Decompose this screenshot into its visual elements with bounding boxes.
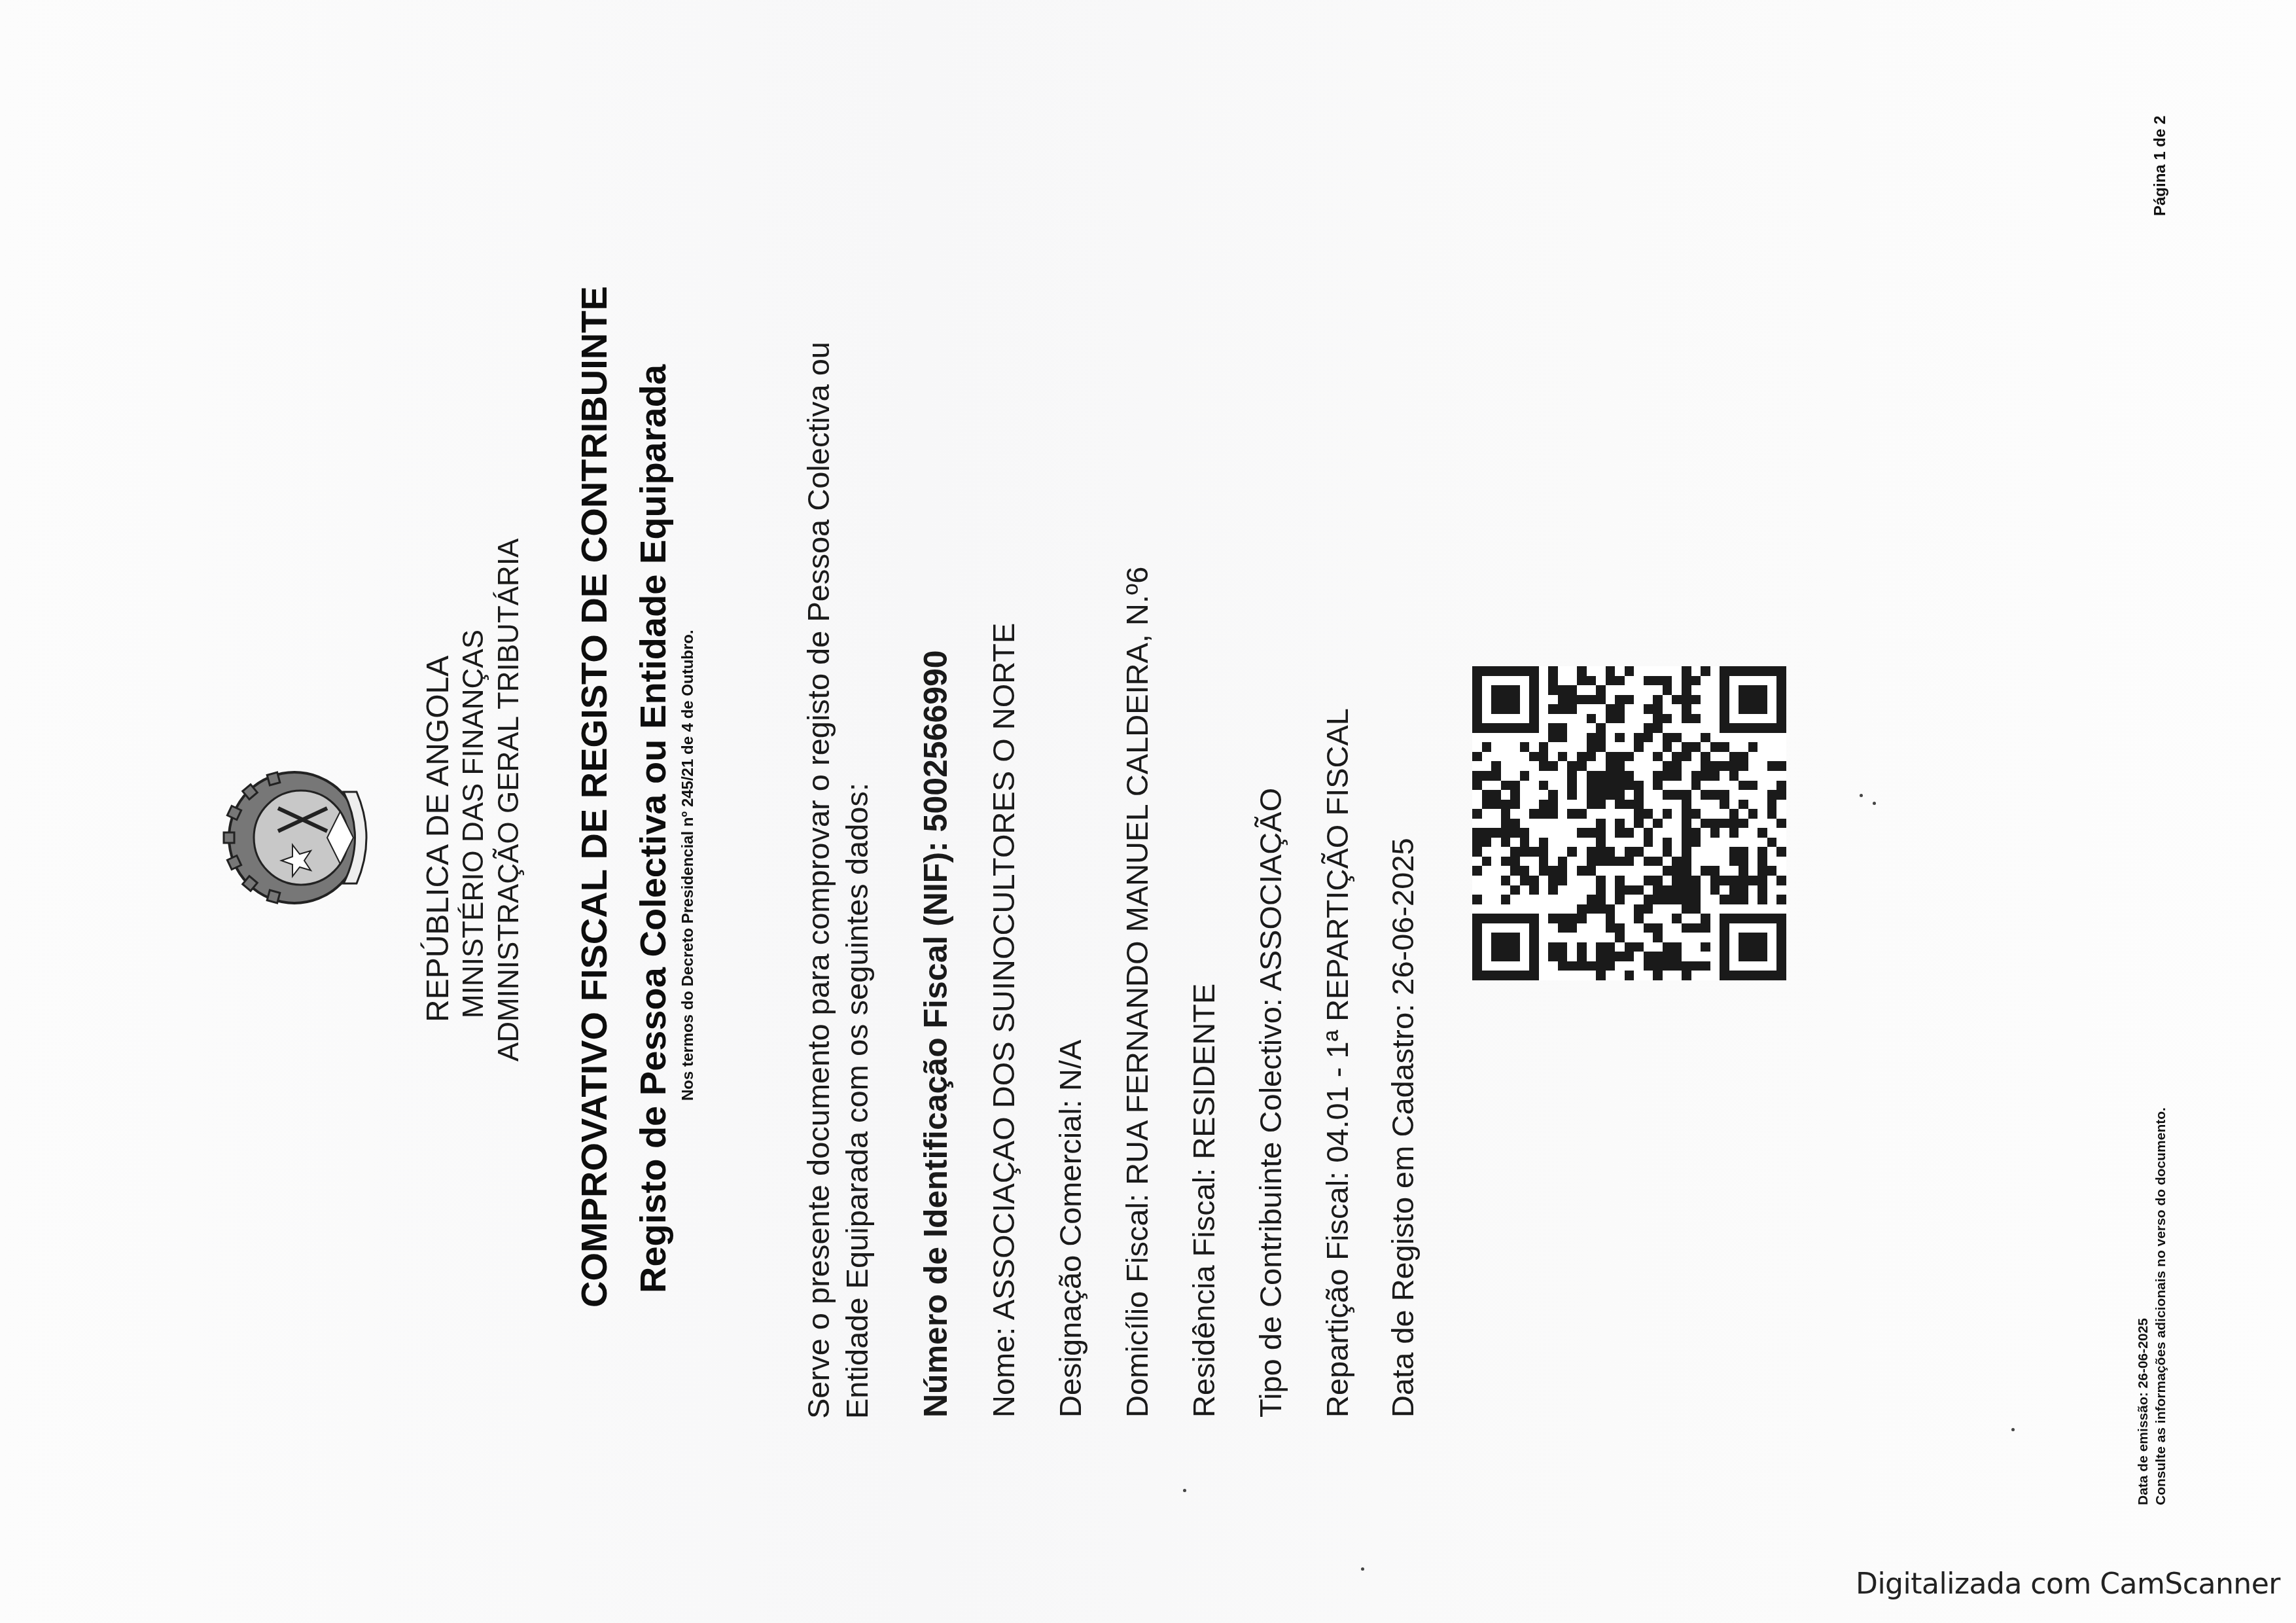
country-name: REPÚBLICA DE ANGOLA (423, 656, 454, 1022)
tax-residence-field: Residência Fiscal: RESIDENTE (1188, 984, 1219, 1418)
nif-field: Número de Identificação Fiscal (NIF): 50… (919, 650, 952, 1418)
agency-name: ADMINISTRAÇÃO GERAL TRIBUTÁRIA (495, 539, 523, 1061)
footer-note: Consulte as informações adicionais no ve… (2152, 1107, 2170, 1505)
tax-office-field: Repartição Fiscal: 04.01 - 1ª REPARTIÇÃO… (1322, 708, 1352, 1418)
trade-name-field: Designação Comercial: N/A (1055, 1040, 1086, 1418)
scan-speck (1361, 1567, 1364, 1571)
document-page: REPÚBLICA DE ANGOLA MINISTÉRIO DAS FINAN… (0, 0, 2296, 1623)
document-title: COMPROVATIVO FISCAL DE REGISTO DE CONTRI… (576, 286, 612, 1308)
intro-line-2: Entidade Equiparada com os seguintes dad… (838, 342, 877, 1419)
ministry-name: MINISTÉRIO DAS FINANÇAS (459, 630, 488, 1018)
document-subtitle: Registo de Pessoa Colectiva ou Entidade … (635, 365, 671, 1293)
scanner-watermark: Digitalizada com CamScanner (1856, 1567, 2280, 1601)
page-number: Página 1 de 2 (2153, 116, 2168, 216)
intro-line-1: Serve o presente documento para comprova… (800, 342, 838, 1419)
emission-date: Data de emissão: 26-06-2025 (2134, 1107, 2152, 1505)
name-field: Nome: ASSOCIAÇAO DOS SUINOCULTORES O NOR… (988, 623, 1019, 1418)
scan-speck (1860, 794, 1863, 797)
scan-speck (1183, 1489, 1186, 1492)
footer-notes: Data de emissão: 26-06-2025 Consulte as … (2134, 1107, 2170, 1505)
registration-date-field: Data de Registo em Cadastro: 26-06-2025 (1387, 838, 1418, 1418)
scan-speck (1873, 802, 1876, 805)
angola-coat-of-arms-icon (203, 753, 373, 923)
intro-paragraph: Serve o presente documento para comprova… (800, 342, 877, 1419)
taxpayer-type-field: Tipo de Contribuinte Colectivo: ASSOCIAÇ… (1255, 788, 1286, 1418)
tax-address-field: Domicílio Fiscal: RUA FERNANDO MANUEL CA… (1122, 567, 1152, 1418)
qr-code-icon (1472, 666, 1786, 980)
scan-speck (2011, 1428, 2015, 1431)
decree-note: Nos termos do Decreto Presidencial nº 24… (680, 630, 696, 1101)
